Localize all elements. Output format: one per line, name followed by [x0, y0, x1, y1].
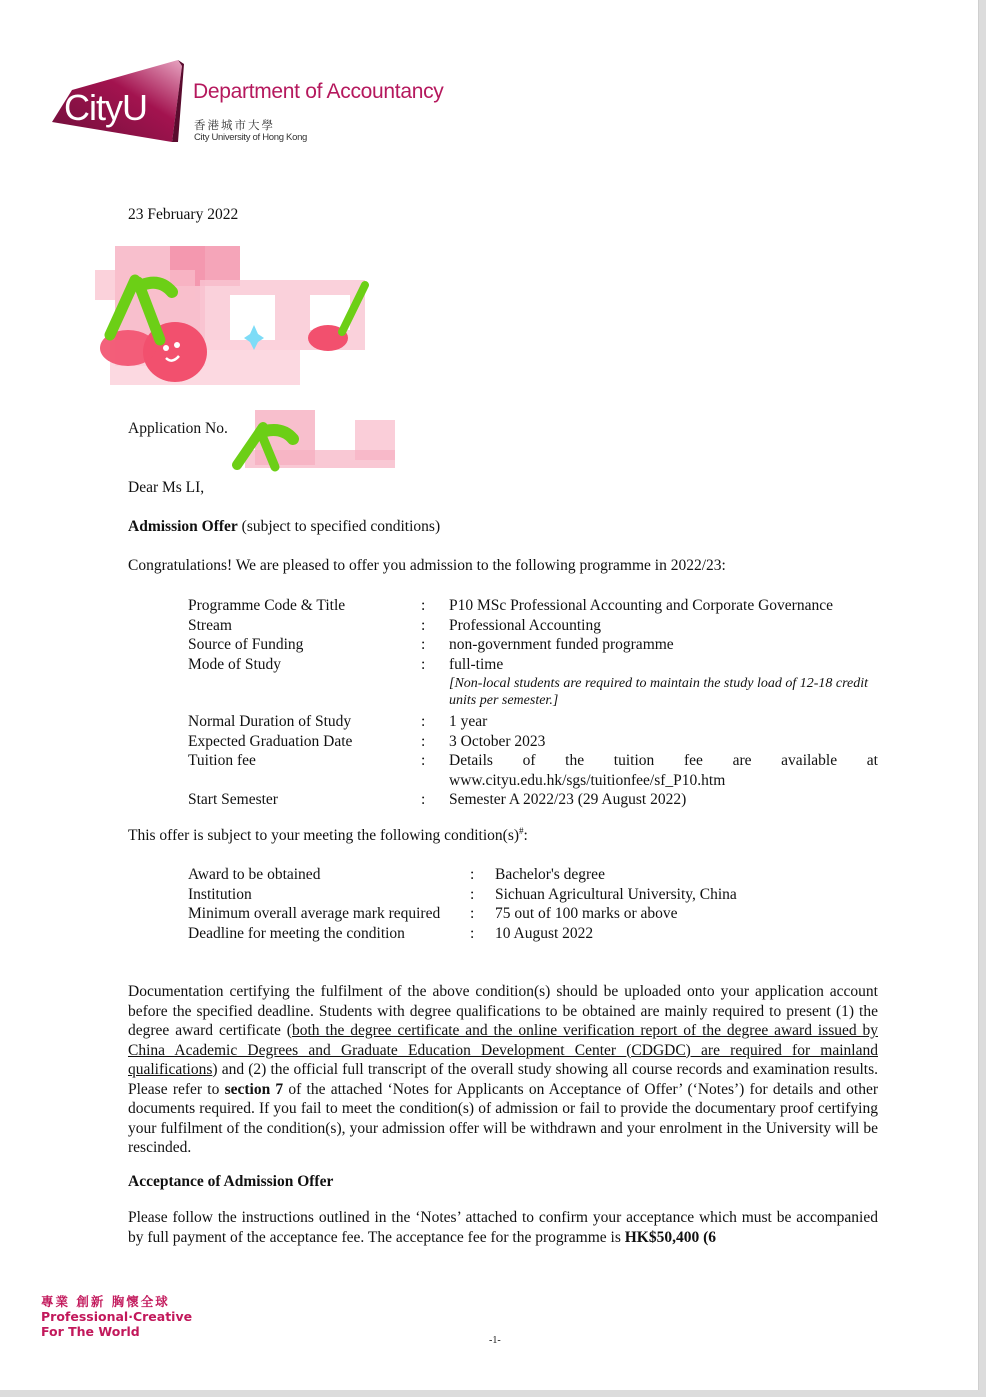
table-row: Tuition fee : Details of the tuition fee…: [188, 751, 878, 790]
offer-title: Admission Offer (subject to specified co…: [128, 518, 440, 536]
table-row: Award to be obtained : Bachelor's degree: [188, 865, 788, 885]
footer-slogan-line1: Professional·Creative: [41, 1309, 192, 1324]
congratulations-text: Congratulations! We are pleased to offer…: [128, 557, 726, 575]
table-row: Programme Code & Title : P10 MSc Profess…: [188, 596, 878, 616]
table-row: Expected Graduation Date : 3 October 202…: [188, 732, 878, 752]
conditions-table: Award to be obtained : Bachelor's degree…: [188, 865, 788, 943]
document-page: CityU Department of Accountancy 香港城市大學 C…: [0, 0, 979, 1390]
table-row: Deadline for meeting the condition : 10 …: [188, 924, 788, 944]
acceptance-heading: Acceptance of Admission Offer: [128, 1173, 333, 1191]
page-number: -1-: [489, 1335, 501, 1346]
table-row: Start Semester : Semester A 2022/23 (29 …: [188, 790, 878, 810]
table-row: Mode of Study : full-time [Non-local stu…: [188, 655, 878, 713]
table-row: Normal Duration of Study : 1 year: [188, 712, 878, 732]
study-load-note: [Non-local students are required to main…: [449, 674, 878, 712]
table-row: Source of Funding : non-government funde…: [188, 635, 878, 655]
university-name-english: City University of Hong Kong: [194, 132, 307, 143]
table-row: Institution : Sichuan Agricultural Unive…: [188, 885, 788, 905]
redaction-sticker-application-number: [225, 405, 400, 473]
table-row: Minimum overall average mark required : …: [188, 904, 788, 924]
university-name-chinese: 香港城市大學: [194, 117, 275, 133]
application-number-label: Application No.: [128, 420, 228, 438]
cityu-logo-icon: CityU: [50, 58, 185, 146]
acceptance-paragraph: Please follow the instructions outlined …: [128, 1208, 878, 1247]
programme-details-table: Programme Code & Title : P10 MSc Profess…: [188, 596, 878, 810]
salutation: Dear Ms LI,: [128, 479, 204, 497]
footer-slogan-chinese: 專業 創新 胸懷全球: [41, 1292, 170, 1310]
conditions-intro: This offer is subject to your meeting th…: [128, 826, 528, 845]
department-name: Department of Accountancy: [193, 80, 443, 104]
letter-date: 23 February 2022: [128, 206, 238, 224]
redaction-sticker-address: [80, 240, 370, 390]
footer-slogan-line2: For The World: [41, 1324, 140, 1339]
tuition-fee-url: www.cityu.edu.hk/sgs/tuitionfee/sf_P10.h…: [449, 771, 878, 791]
documentation-paragraph: Documentation certifying the fulfilment …: [128, 982, 878, 1158]
table-row: Stream : Professional Accounting: [188, 616, 878, 636]
svg-text:CityU: CityU: [64, 87, 147, 128]
